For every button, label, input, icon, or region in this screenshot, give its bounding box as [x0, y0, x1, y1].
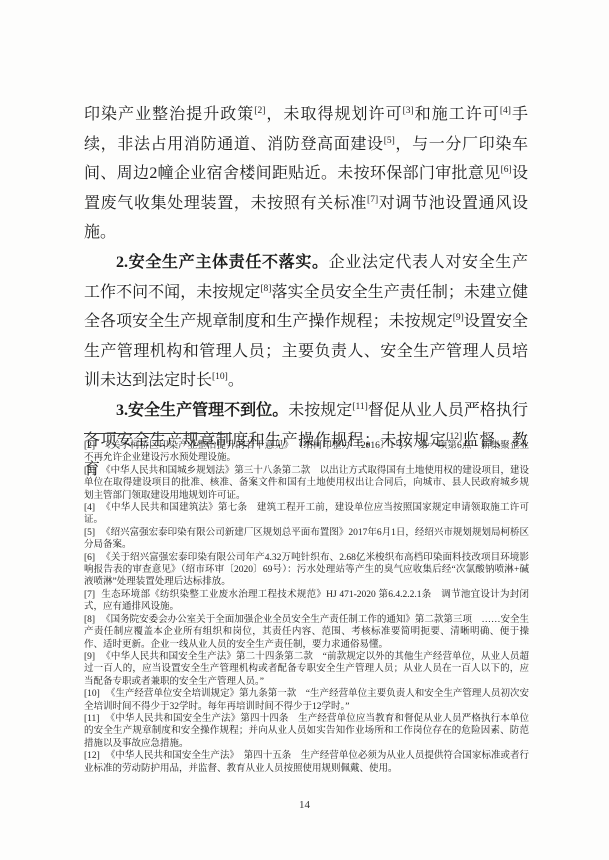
footnote-ref: [2]	[254, 106, 265, 116]
footnote-marker: [11]	[84, 714, 99, 724]
footnote-ref: [5]	[384, 136, 395, 146]
footnote-text: 《中华人民共和国建筑法》第七条 建筑工程开工前，建设单位应当按照国家规定申请领取…	[84, 503, 529, 525]
footnote-item: [9]《中华人民共和国安全生产法》第二十四条第二款 “前款规定以外的其他生产经营…	[84, 651, 529, 688]
main-text: 印染产业整治提升政策[2]，未取得规划许可[3]和施工许可[4]手续，非法占用消…	[84, 100, 528, 485]
footnote-item: [10]《生产经营单位安全培训规定》第九条第一款 “生产经营单位主要负责人和安全…	[84, 688, 529, 713]
footnote-item: [12]《中华人民共和国安全生产法》 第四十五条 生产经营单位必须为从业人员提供…	[84, 750, 529, 775]
footnote-ref: [3]	[403, 106, 414, 116]
footnote-marker: [5]	[84, 528, 95, 538]
footnote-text: 《关于绍兴富强宏泰印染有限公司年产4.32万吨针织布、2.68亿米梭织布高档印染…	[84, 553, 529, 588]
footnote-separator	[84, 433, 232, 434]
footnote-marker: [6]	[84, 553, 95, 563]
footnote-marker: [7]	[84, 590, 95, 600]
footnote-text: 《中华人民共和国安全生产法》 第四十五条 生产经营单位必须为从业人员提供符合国家…	[84, 751, 529, 773]
footnote-ref: [11]	[352, 402, 367, 412]
footnote-item: [11]《中华人民共和国安全生产法》第四十四条 生产经营单位应当教育和督促从业人…	[84, 713, 529, 750]
footnote-item: [5]《绍兴富强宏泰印染有限公司新建厂区规划总平面布置图》2017年6月1日，经…	[84, 527, 529, 552]
footnote-item: [8]《国务院安委会办公室关于全面加强企业全员安全生产责任制工作的通知》第二款第…	[84, 614, 529, 651]
body-text: 印染产业整治提升政策	[84, 106, 254, 123]
body-text: ，未取得规划许可	[265, 106, 402, 123]
page-number: 14	[0, 799, 609, 811]
footnote-ref: [10]	[212, 372, 228, 382]
footnote-item: [6]《关于绍兴富强宏泰印染有限公司年产4.32万吨针织布、2.68亿米梭织布高…	[84, 552, 529, 589]
body-text: 。	[228, 372, 244, 389]
footnotes-section: [2]《关于柯桥区印染产业整治提升的若干意见》 （绍柯印整办〔2016〕1号）：…	[84, 440, 529, 775]
footnote-marker: [9]	[84, 652, 95, 662]
footnote-text: 《中华人民共和国安全生产法》第二十四条第二款 “前款规定以外的其他生产经营单位，…	[84, 652, 529, 687]
footnote-marker: [4]	[84, 503, 95, 513]
body-text: 和施工许可	[414, 106, 500, 123]
footnote-marker: [12]	[84, 751, 100, 761]
footnote-ref: [6]	[501, 165, 512, 175]
footnote-item: [4]《中华人民共和国建筑法》第七条 建筑工程开工前，建设单位应当按照国家规定申…	[84, 502, 529, 527]
footnote-item: [7]生态环境部《纺织染整工业废水治理工程技术规范》HJ 471-2020 第6…	[84, 589, 529, 614]
footnote-marker: [10]	[84, 689, 100, 699]
footnote-item: [3]《中华人民共和国城乡规划法》第三十八条第二款 以出让方式取得国有土地使用权…	[84, 465, 529, 502]
footnote-text: 《国务院安委会办公室关于全面加强企业全员安全生产责任制工作的通知》第二款第三项 …	[84, 615, 529, 650]
footnote-item: [2]《关于柯桥区印染产业整治提升的若干意见》 （绍柯印整办〔2016〕1号）：…	[84, 440, 529, 465]
document-page: 印染产业整治提升政策[2]，未取得规划许可[3]和施工许可[4]手续，非法占用消…	[0, 0, 609, 860]
footnote-ref: [4]	[500, 106, 511, 116]
paragraph-continuation: 印染产业整治提升政策[2]，未取得规划许可[3]和施工许可[4]手续，非法占用消…	[84, 100, 528, 248]
footnote-text: 《绍兴富强宏泰印染有限公司新建厂区规划总平面布置图》2017年6月1日，经绍兴市…	[84, 528, 529, 550]
paragraph-item-2: 2.安全生产主体责任不落实。企业法定代表人对安全生产工作不问不闻，未按规定[8]…	[84, 248, 528, 396]
footnote-marker: [2]	[84, 441, 95, 451]
footnote-text: 生态环境部《纺织染整工业废水治理工程技术规范》HJ 471-2020 第6.4.…	[84, 590, 529, 612]
footnote-text: 《生产经营单位安全培训规定》第九条第一款 “生产经营单位主要负责人和安全生产管理…	[84, 689, 529, 711]
paragraph-heading: 3.安全生产管理不到位。	[116, 402, 288, 419]
paragraph-heading: 2.安全生产主体责任不落实。	[116, 254, 329, 271]
footnote-text: 《关于柯桥区印染产业整治提升的若干意见》 （绍柯印整办〔2016〕1号）：第一项…	[84, 441, 529, 463]
footnote-ref: [7]	[367, 195, 378, 205]
footnote-text: 《中华人民共和国安全生产法》第四十四条 生产经营单位应当教育和督促从业人员严格执…	[84, 714, 529, 749]
footnote-marker: [8]	[84, 615, 95, 625]
footnote-marker: [3]	[84, 466, 95, 476]
body-text: 未按规定	[288, 402, 352, 419]
footnote-ref: [8]	[260, 284, 271, 294]
footnote-ref: [9]	[453, 313, 464, 323]
footnote-text: 《中华人民共和国城乡规划法》第三十八条第二款 以出让方式取得国有土地使用权的建设…	[84, 466, 529, 501]
